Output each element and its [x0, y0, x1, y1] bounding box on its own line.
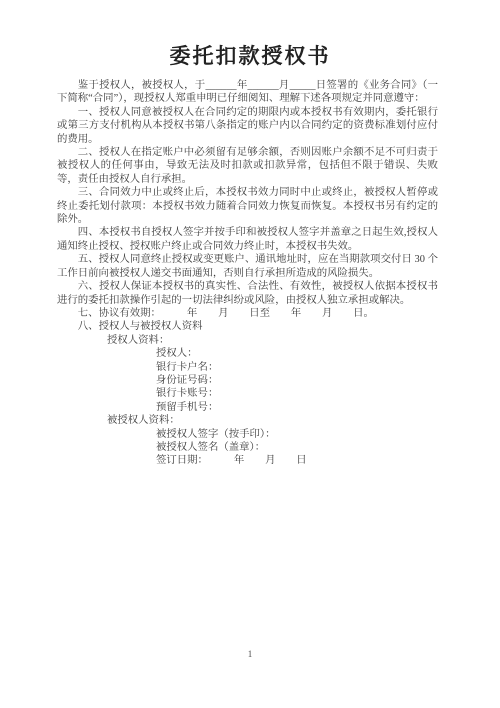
clause-4: 四、本授权书自授权人签字并按手印和被授权人签字并盖章之日起生效,授权人通知终止授… — [57, 226, 438, 253]
authorizee-info-label: 被授权人资料： — [57, 414, 438, 427]
field-bank-card-number: 银行卡账号： — [57, 387, 438, 400]
authorizer-info-label: 授权人资料： — [57, 334, 438, 347]
field-bank-card-holder-name: 银行卡户名： — [57, 361, 438, 374]
field-authorizee-signature-fingerprint: 被授权人签字（按手印）： — [57, 428, 438, 441]
document-title: 委托扣款授权书 — [0, 40, 500, 70]
intro-paragraph: 鉴于授权人，被授权人，于______年______月_____日签署的《业务合同… — [57, 79, 438, 106]
document-page: 委托扣款授权书 鉴于授权人，被授权人，于______年______月_____日… — [0, 0, 500, 708]
field-signing-date: 签订日期： 年 月 日 — [57, 454, 438, 467]
document-body: 鉴于授权人，被授权人，于______年______月_____日签署的《业务合同… — [57, 79, 438, 468]
clause-5: 五、授权人同意终止授权或变更账户、通讯地址时，应在当期款项交付日 30 个工作日… — [57, 253, 438, 280]
field-id-number: 身份证号码： — [57, 374, 438, 387]
clause-7-validity-period: 七、协议有效期： 年 月 日至 年 月 日。 — [57, 307, 438, 320]
clause-8-parties-info-heading: 八、授权人与被授权人资料 — [57, 320, 438, 333]
clause-1: 一、授权人同意被授权人在合同约定的期限内或本授权书有效期内，委托银行或第三方支付… — [57, 106, 438, 146]
field-authorizer-name: 授权人： — [57, 347, 438, 360]
clause-6: 六、授权人保证本授权书的真实性、合法性、有效性，被授权人依据本授权书进行的委托扣… — [57, 280, 438, 307]
page-number: 1 — [0, 649, 500, 659]
clause-2: 二、授权人在指定账户中必须留有足够余额，否则因账户余额不足不可归责于被授权人的任… — [57, 146, 438, 186]
field-reserved-phone-number: 预留手机号： — [57, 401, 438, 414]
field-authorizee-signature-seal: 被授权人签名（盖章）： — [57, 441, 438, 454]
clause-3: 三、合同效力中止或终止后，本授权书效力同时中止或终止，被授权人暂停或终止委托划付… — [57, 186, 438, 226]
